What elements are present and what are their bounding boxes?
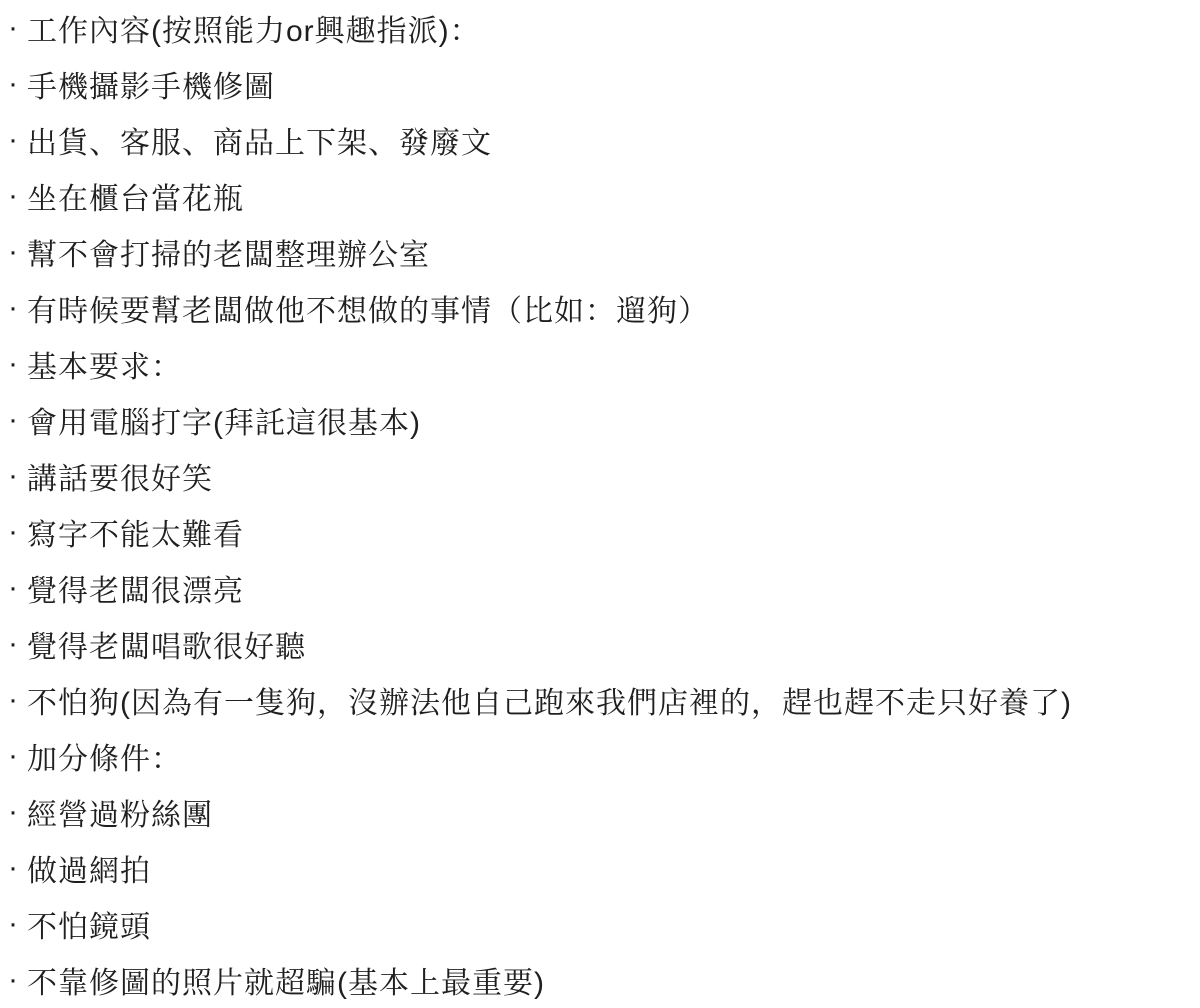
bullet-dot: · [0, 515, 27, 549]
list-item-text: 工作內容(按照能力or興趣指派)： [27, 6, 481, 50]
bullet-dot: · [0, 851, 27, 885]
list-item: · 講話要很好笑 [0, 448, 1200, 504]
bullet-dot: · [0, 683, 27, 717]
list-item: · 基本要求： [0, 336, 1200, 392]
list-item-text: 寫字不能太難看 [27, 510, 244, 554]
bullet-dot: · [0, 235, 27, 269]
list-item: · 不怕鏡頭 [0, 896, 1200, 952]
bullet-dot: · [0, 571, 27, 605]
list-item-text: 覺得老闆唱歌很好聽 [27, 622, 306, 666]
list-item-text: 做過網拍 [27, 846, 151, 890]
list-item-text: 有時候要幫老闆做他不想做的事情（比如：遛狗） [27, 286, 709, 330]
bullet-dot: · [0, 459, 27, 493]
bullet-dot: · [0, 347, 27, 381]
list-item: · 加分條件： [0, 728, 1200, 784]
list-item-text: 講話要很好笑 [27, 454, 213, 498]
bullet-dot: · [0, 179, 27, 213]
bullet-dot: · [0, 67, 27, 101]
list-item-text: 不靠修圖的照片就超騙(基本上最重要) [27, 958, 545, 1002]
list-item-text: 基本要求： [27, 342, 182, 386]
list-item-text: 手機攝影手機修圖 [27, 62, 275, 106]
bullet-dot: · [0, 795, 27, 829]
bullet-dot: · [0, 739, 27, 773]
bullet-dot: · [0, 291, 27, 325]
list-item-text: 不怕鏡頭 [27, 902, 151, 946]
list-item: · 幫不會打掃的老闆整理辦公室 [0, 224, 1200, 280]
list-item: · 經營過粉絲團 [0, 784, 1200, 840]
list-item: · 會用電腦打字(拜託這很基本) [0, 392, 1200, 448]
list-item: · 不怕狗(因為有一隻狗，沒辦法他自己跑來我們店裡的，趕也趕不走只好養了) [0, 672, 1200, 728]
list-item-text: 會用電腦打字(拜託這很基本) [27, 398, 421, 442]
list-item-text: 幫不會打掃的老闆整理辦公室 [27, 230, 430, 274]
list-item: · 出貨、客服、商品上下架、發廢文 [0, 112, 1200, 168]
list-item-text: 覺得老闆很漂亮 [27, 566, 244, 610]
list-item: · 寫字不能太難看 [0, 504, 1200, 560]
list-item-text: 坐在櫃台當花瓶 [27, 174, 244, 218]
bullet-dot: · [0, 123, 27, 157]
bullet-dot: · [0, 403, 27, 437]
list-item-text: 不怕狗(因為有一隻狗，沒辦法他自己跑來我們店裡的，趕也趕不走只好養了) [27, 678, 1072, 722]
list-item-text: 出貨、客服、商品上下架、發廢文 [27, 118, 492, 162]
bullet-dot: · [0, 11, 27, 45]
list-item: · 手機攝影手機修圖 [0, 56, 1200, 112]
list-item: · 覺得老闆唱歌很好聽 [0, 616, 1200, 672]
bullet-dot: · [0, 627, 27, 661]
list-item: · 有時候要幫老闆做他不想做的事情（比如：遛狗） [0, 280, 1200, 336]
list-item-text: 加分條件： [27, 734, 182, 778]
list-item: · 坐在櫃台當花瓶 [0, 168, 1200, 224]
bullet-dot: · [0, 907, 27, 941]
list-item: · 工作內容(按照能力or興趣指派)： [0, 0, 1200, 56]
list-item: · 覺得老闆很漂亮 [0, 560, 1200, 616]
list-item: · 做過網拍 [0, 840, 1200, 896]
bullet-dot: · [0, 963, 27, 997]
list-item-text: 經營過粉絲團 [27, 790, 213, 834]
list-item: · 不靠修圖的照片就超騙(基本上最重要) [0, 952, 1200, 1008]
document-body: · 工作內容(按照能力or興趣指派)： · 手機攝影手機修圖 · 出貨、客服、商… [0, 0, 1200, 1008]
